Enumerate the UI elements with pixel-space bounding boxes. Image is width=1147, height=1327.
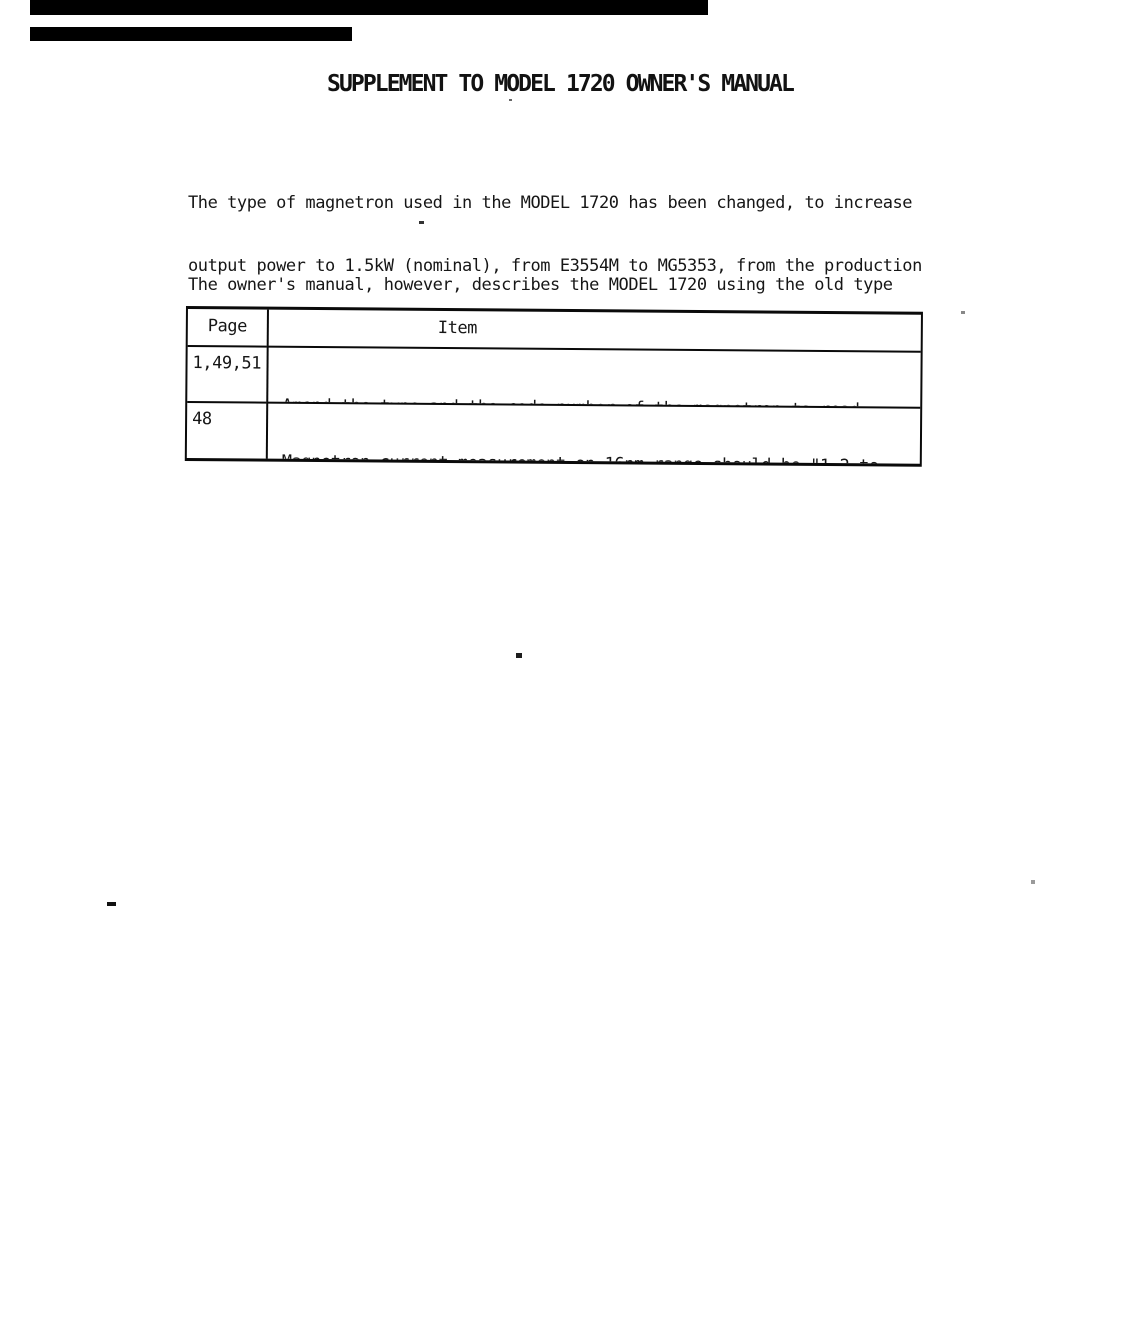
page-title: SUPPLEMENT TO MODEL 1720 OWNER'S MANUAL [327, 71, 793, 97]
scan-speck [961, 311, 965, 314]
scan-artifact-bar-second [30, 27, 352, 41]
text-line: The owner's manual, however, describes t… [188, 275, 893, 296]
table-row-2-item-cell: Magnetron current measurement on 16nm ra… [266, 402, 920, 464]
text-line: The type of magnetron used in the MODEL … [188, 193, 922, 214]
scan-speck [107, 902, 116, 906]
table-header-item: Item [267, 310, 921, 351]
table-row-1-item-cell: Amend the type and the code number of th… [266, 346, 920, 407]
table-row-1-page-cell: 1,49,51 [187, 345, 266, 402]
table-header-page: Page [188, 309, 267, 346]
scan-artifact-bar-top [30, 0, 708, 15]
scan-speck [419, 221, 424, 224]
amendments-table: Page Item 1,49,51 Amend the type and the… [185, 306, 923, 467]
table-row-2-page-cell: 48 [187, 401, 266, 459]
scan-speck [516, 653, 522, 658]
scan-speck [1031, 880, 1035, 884]
document-page: SUPPLEMENT TO MODEL 1720 OWNER'S MANUAL … [0, 0, 1147, 1327]
text-line: Magnetron current measurement on 16nm ra… [282, 452, 920, 464]
scan-speck [509, 99, 512, 101]
